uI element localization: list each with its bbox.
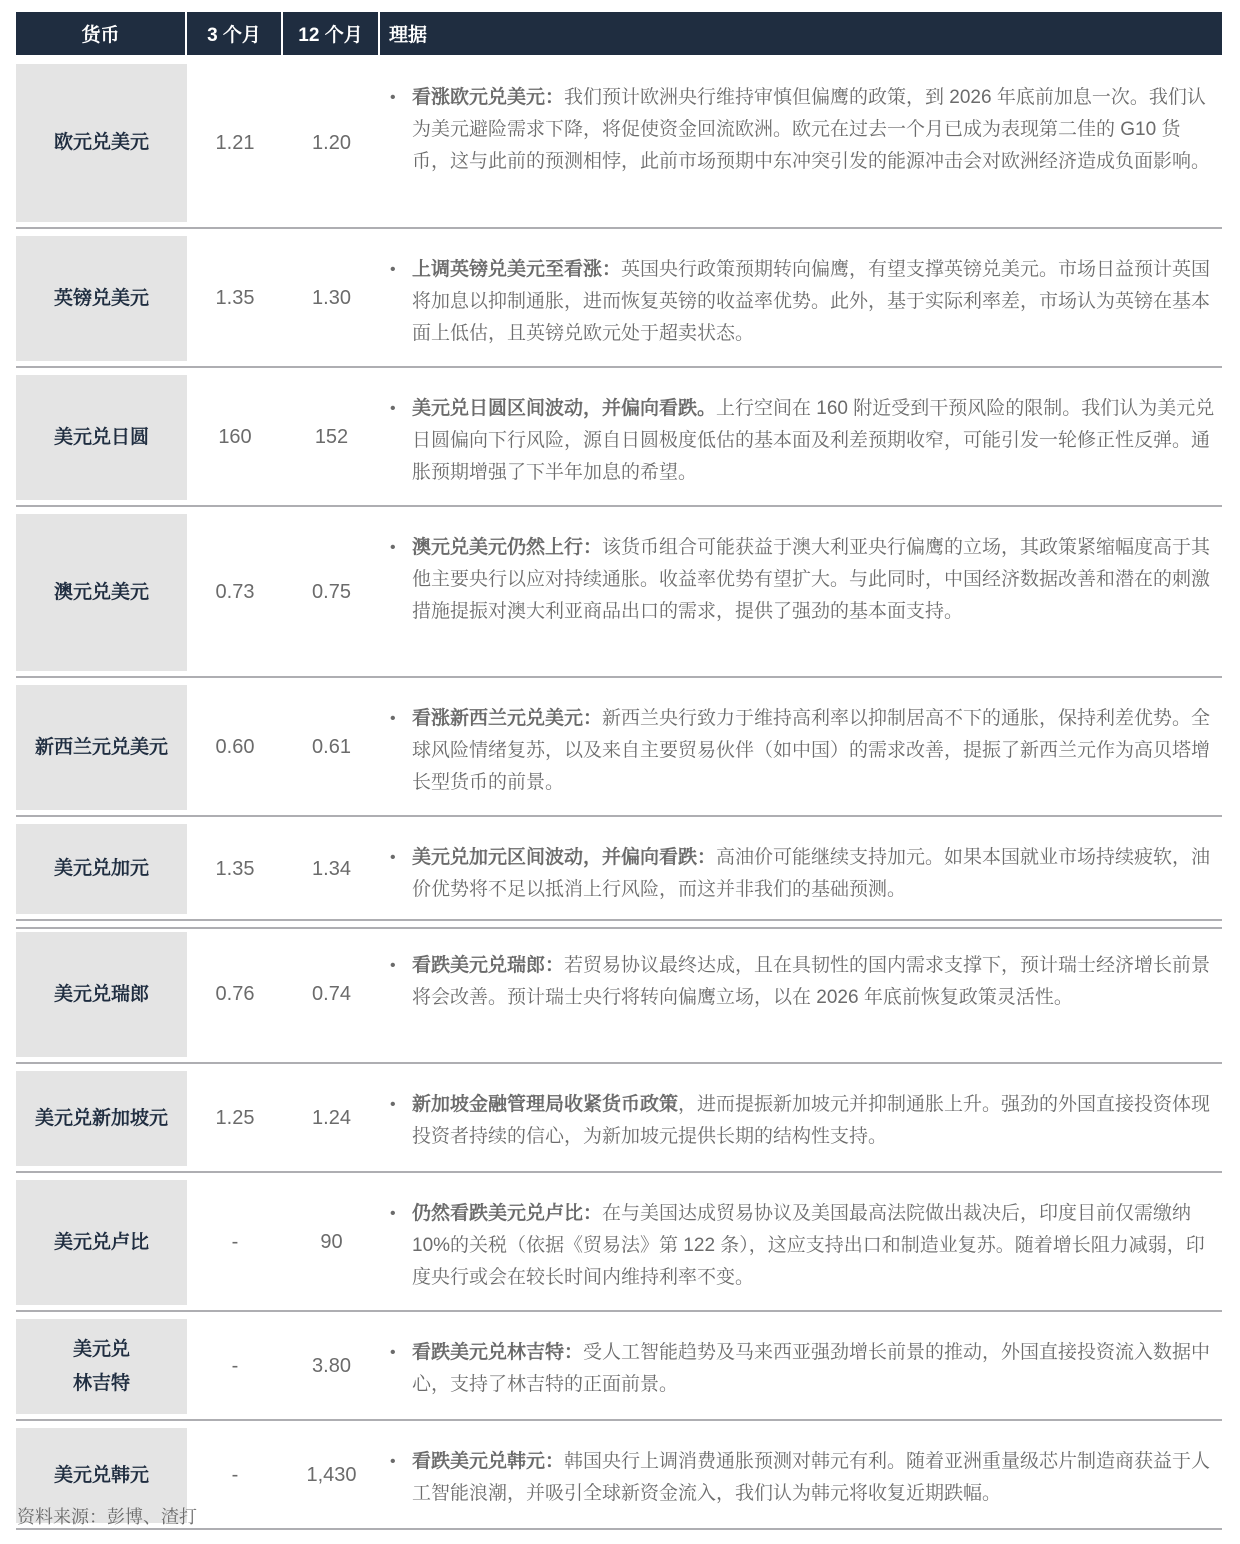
table-header: 货币 3 个月 12 个月 理据 — [16, 12, 1222, 55]
header-12-month: 12 个月 — [283, 12, 380, 55]
rationale-lead: 上调英镑兑美元至看涨： — [412, 259, 621, 280]
header-currency: 货币 — [16, 12, 187, 55]
currency-pair-label: 欧元兑美元 — [16, 64, 187, 222]
bullet-icon: • — [390, 1089, 396, 1121]
source-note: 资料来源：彭博、渣打 — [17, 1503, 197, 1529]
table-row-usdinr: 美元兑卢比 - 90 • 仍然看跌美元兑卢比：在与美国达成贸易协议及美国最高法院… — [16, 1180, 1222, 1305]
rationale-cell: • 美元兑日圆区间波动，并偏向看跌。上行空间在 160 附近受到干预风险的限制。… — [380, 375, 1222, 500]
table-row-usdchf: 美元兑瑞郎 0.76 0.74 • 看跌美元兑瑞郎：若贸易协议最终达成，且在具韧… — [16, 932, 1222, 1057]
forecast-3m: - — [187, 1180, 283, 1305]
row-divider — [16, 1062, 1222, 1064]
bullet-icon: • — [390, 1198, 396, 1230]
table-row-nzdusd: 新西兰元兑美元 0.60 0.61 • 看涨新西兰元兑美元：新西兰央行致力于维持… — [16, 685, 1222, 810]
forecast-12m: 1.30 — [283, 236, 380, 361]
rationale-lead: 美元兑日圆区间波动，并偏向看跌。 — [412, 398, 716, 419]
forecast-12m: 0.61 — [283, 685, 380, 810]
row-divider — [16, 1310, 1222, 1312]
forecast-12m: 0.75 — [283, 514, 380, 671]
forecast-12m: 3.80 — [283, 1319, 380, 1414]
bullet-icon: • — [390, 82, 396, 114]
forecast-3m: 0.76 — [187, 932, 283, 1057]
rationale-lead: 看跌美元兑林吉特： — [412, 1342, 583, 1363]
row-divider — [16, 815, 1222, 817]
forecast-12m: 152 — [283, 375, 380, 500]
rationale-cell: • 上调英镑兑美元至看涨：英国央行政策预期转向偏鹰，有望支撑英镑兑美元。市场日益… — [380, 236, 1222, 361]
rationale-cell: • 看跌美元兑瑞郎：若贸易协议最终达成，且在具韧性的国内需求支撑下，预计瑞士经济… — [380, 932, 1222, 1057]
bullet-icon: • — [390, 1446, 396, 1478]
currency-pair-label: 新西兰元兑美元 — [16, 685, 187, 810]
rationale-cell: • 澳元兑美元仍然上行：该货币组合可能获益于澳大利亚央行偏鹰的立场，其政策紧缩幅… — [380, 514, 1222, 671]
rationale-lead: 仍然看跌美元兑卢比： — [412, 1203, 602, 1224]
currency-pair-label: 英镑兑美元 — [16, 236, 187, 361]
table-row-gbpusd: 英镑兑美元 1.35 1.30 • 上调英镑兑美元至看涨：英国央行政策预期转向偏… — [16, 236, 1222, 361]
row-divider — [16, 676, 1222, 678]
table-row-usdcad: 美元兑加元 1.35 1.34 • 美元兑加元区间波动，并偏向看跌：高油价可能继… — [16, 824, 1222, 914]
bullet-icon: • — [390, 842, 396, 874]
rationale-lead: 看跌美元兑韩元： — [412, 1451, 564, 1472]
table-row-audusd: 澳元兑美元 0.73 0.75 • 澳元兑美元仍然上行：该货币组合可能获益于澳大… — [16, 514, 1222, 671]
bullet-icon: • — [390, 393, 396, 425]
forecast-3m: 0.60 — [187, 685, 283, 810]
row-divider — [16, 366, 1222, 368]
forecast-12m: 1.20 — [283, 64, 380, 222]
currency-pair-label: 澳元兑美元 — [16, 514, 187, 671]
forecast-12m: 0.74 — [283, 932, 380, 1057]
forecast-12m: 1,430 — [283, 1428, 380, 1523]
forecast-12m: 1.34 — [283, 824, 380, 914]
forecast-3m: 0.73 — [187, 514, 283, 671]
bullet-icon: • — [390, 1337, 396, 1369]
currency-pair-label: 美元兑卢比 — [16, 1180, 187, 1305]
table-row-usdmyr: 美元兑 林吉特 - 3.80 • 看跌美元兑林吉特：受人工智能趋势及马来西亚强劲… — [16, 1319, 1222, 1414]
currency-pair-label: 美元兑新加坡元 — [16, 1071, 187, 1166]
rationale-cell: • 看涨欧元兑美元：我们预计欧洲央行维持审慎但偏鹰的政策，到 2026 年底前加… — [380, 64, 1222, 222]
forecast-3m: - — [187, 1428, 283, 1523]
header-3-month: 3 个月 — [187, 12, 283, 55]
bullet-icon: • — [390, 703, 396, 735]
forecast-3m: 1.35 — [187, 824, 283, 914]
currency-pair-label: 美元兑日圆 — [16, 375, 187, 500]
row-divider — [16, 227, 1222, 229]
currency-pair-label: 美元兑 林吉特 — [16, 1319, 187, 1414]
row-divider — [16, 1171, 1222, 1173]
rationale-cell: • 仍然看跌美元兑卢比：在与美国达成贸易协议及美国最高法院做出裁决后，印度目前仅… — [380, 1180, 1222, 1305]
currency-pair-label: 美元兑加元 — [16, 824, 187, 914]
rationale-lead: 新加坡金融管理局收紧货币政策 — [412, 1094, 678, 1115]
rationale-cell: • 看跌美元兑韩元：韩国央行上调消费通胀预测对韩元有利。随着亚洲重量级芯片制造商… — [380, 1428, 1222, 1523]
rationale-cell: • 美元兑加元区间波动，并偏向看跌：高油价可能继续支持加元。如果本国就业市场持续… — [380, 824, 1222, 914]
forecast-3m: 160 — [187, 375, 283, 500]
rationale-cell: • 新加坡金融管理局收紧货币政策，进而提振新加坡元并抑制通胀上升。强劲的外国直接… — [380, 1071, 1222, 1166]
currency-pair-label: 美元兑瑞郎 — [16, 932, 187, 1057]
table-row-usdsgd: 美元兑新加坡元 1.25 1.24 • 新加坡金融管理局收紧货币政策，进而提振新… — [16, 1071, 1222, 1166]
forecast-3m: 1.25 — [187, 1071, 283, 1166]
table-row-usdjpy: 美元兑日圆 160 152 • 美元兑日圆区间波动，并偏向看跌。上行空间在 16… — [16, 375, 1222, 500]
forecast-3m: 1.21 — [187, 64, 283, 222]
rationale-lead: 看涨欧元兑美元： — [412, 87, 564, 108]
rationale-lead: 美元兑加元区间波动，并偏向看跌： — [412, 847, 716, 868]
forecast-12m: 1.24 — [283, 1071, 380, 1166]
rationale-lead: 看跌美元兑瑞郎： — [412, 955, 564, 976]
rationale-lead: 看涨新西兰元兑美元： — [412, 708, 602, 729]
section-divider — [16, 927, 1222, 929]
bullet-icon: • — [390, 532, 396, 564]
table-row-eurusd: 欧元兑美元 1.21 1.20 • 看涨欧元兑美元：我们预计欧洲央行维持审慎但偏… — [16, 64, 1222, 222]
fx-forecast-table: 货币 3 个月 12 个月 理据 欧元兑美元 1.21 1.20 • 看涨欧元兑… — [16, 12, 1222, 1530]
section-divider — [16, 919, 1222, 921]
rationale-cell: • 看跌美元兑林吉特：受人工智能趋势及马来西亚强劲增长前景的推动，外国直接投资流… — [380, 1319, 1222, 1414]
rationale-cell: • 看涨新西兰元兑美元：新西兰央行致力于维持高利率以抑制居高不下的通胀，保持利差… — [380, 685, 1222, 810]
forecast-3m: - — [187, 1319, 283, 1414]
bullet-icon: • — [390, 254, 396, 286]
rationale-lead: 澳元兑美元仍然上行： — [412, 537, 602, 558]
forecast-12m: 90 — [283, 1180, 380, 1305]
header-rationale: 理据 — [380, 12, 1222, 55]
forecast-3m: 1.35 — [187, 236, 283, 361]
row-divider — [16, 505, 1222, 507]
row-divider — [16, 1419, 1222, 1421]
bullet-icon: • — [390, 950, 396, 982]
